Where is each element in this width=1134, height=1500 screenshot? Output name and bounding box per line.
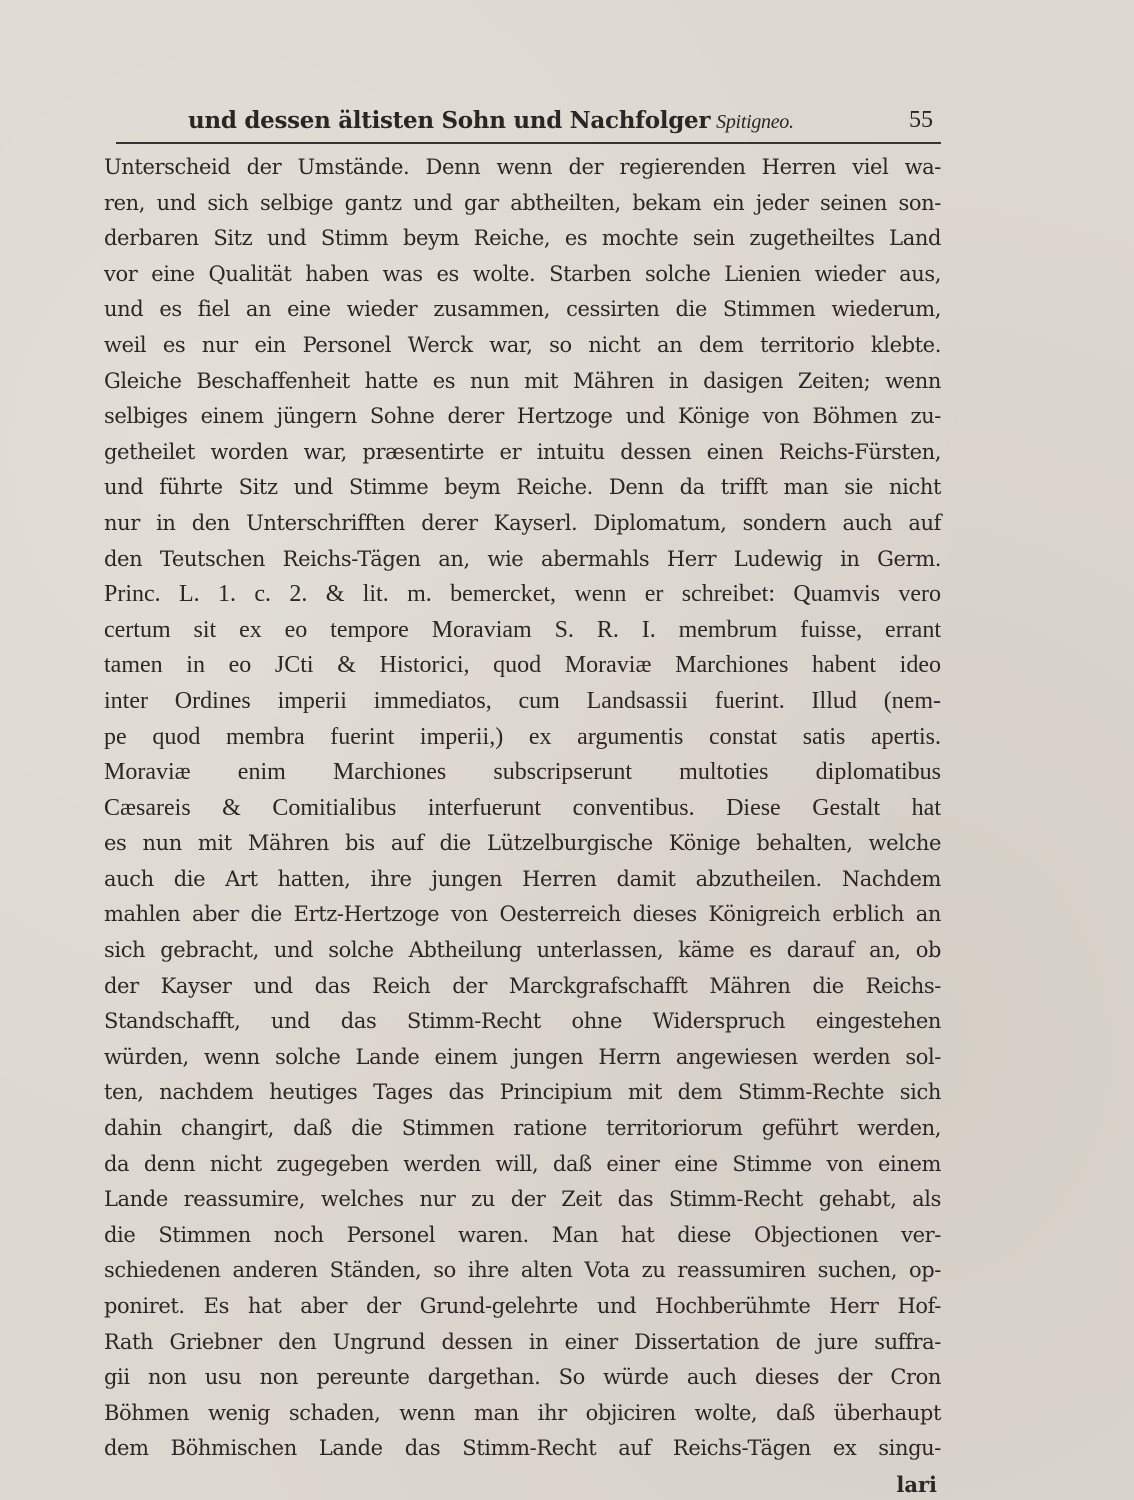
text-line: der Kayser und das Reich der Marckgrafsc… bbox=[104, 969, 941, 1005]
text-line: gii non usu non pereunte dargethan. So w… bbox=[104, 1360, 941, 1396]
text-line: getheilet worden war, præsentirte er int… bbox=[104, 435, 941, 471]
catchword: lari bbox=[104, 1467, 941, 1500]
text-line: nur in den Unterschrifften derer Kayserl… bbox=[104, 506, 941, 542]
body-text: Unterscheid der Umstände. Denn wenn der … bbox=[96, 150, 941, 1500]
running-title-german: und dessen ältisten Sohn und Nachfolger bbox=[188, 107, 710, 134]
running-head: und dessen ältisten Sohn und NachfolgerS… bbox=[96, 90, 941, 134]
text-line: den Teutschen Reichs-Tägen an, wie aberm… bbox=[104, 542, 941, 578]
text-line: Gleiche Beschaffenheit hatte es nun mit … bbox=[104, 364, 941, 400]
text-line: Unterscheid der Umstände. Denn wenn der … bbox=[104, 150, 941, 186]
text-line: schiedenen anderen Ständen, so ihre alte… bbox=[104, 1253, 941, 1289]
text-line: ren, und sich selbige gantz und gar abth… bbox=[104, 186, 941, 222]
page-number: 55 bbox=[909, 107, 933, 134]
latin-quote-line: pe quod membra fuerint imperii,) ex argu… bbox=[104, 720, 941, 756]
latin-quote-line: Princ. L. 1. c. 2. & lit. m. bemercket, … bbox=[104, 577, 941, 613]
latin-quote-line: certum sit ex eo tempore Moraviam S. R. … bbox=[104, 613, 941, 649]
text-line: dem Böhmischen Lande das Stimm-Recht auf… bbox=[104, 1431, 941, 1467]
text-line: Standschafft, und das Stimm-Recht ohne W… bbox=[104, 1004, 941, 1040]
text-line: ten, nachdem heutiges Tages das Principi… bbox=[104, 1075, 941, 1111]
text-line: auch die Art hatten, ihre jungen Herren … bbox=[104, 862, 941, 898]
latin-quote-line: Moraviæ enim Marchiones subscripserunt m… bbox=[104, 755, 941, 791]
text-line: dahin changirt, daß die Stimmen ratione … bbox=[104, 1111, 941, 1147]
text-line: es nun mit Mähren bis auf die Lützelburg… bbox=[104, 826, 941, 862]
text-line: und es fiel an eine wieder zusammen, ces… bbox=[104, 292, 941, 328]
latin-quote-line: Cæsareis & Comitialibus interfuerunt con… bbox=[104, 791, 941, 827]
text-line: vor eine Qualität haben was es wolte. St… bbox=[104, 257, 941, 293]
running-title: und dessen ältisten Sohn und NachfolgerS… bbox=[188, 107, 794, 134]
text-line: mahlen aber die Ertz-Hertzoge von Oester… bbox=[104, 897, 941, 933]
text-line: sich gebracht, und solche Abtheilung unt… bbox=[104, 933, 941, 969]
header-rule bbox=[116, 142, 941, 144]
text-line: da denn nicht zugegeben werden will, daß… bbox=[104, 1147, 941, 1183]
text-line: Böhmen wenig schaden, wenn man ihr objic… bbox=[104, 1396, 941, 1432]
text-line: poniret. Es hat aber der Grund-gelehrte … bbox=[104, 1289, 941, 1325]
text-line: weil es nur ein Personel Werck war, so n… bbox=[104, 328, 941, 364]
text-line: selbiges einem jüngern Sohne derer Hertz… bbox=[104, 399, 941, 435]
text-line: und führte Sitz und Stimme beym Reiche. … bbox=[104, 470, 941, 506]
latin-quote-line: tamen in eo JCti & Historici, quod Morav… bbox=[104, 648, 941, 684]
running-title-latin: Spitigneo. bbox=[716, 111, 794, 133]
text-line: derbaren Sitz und Stimm beym Reiche, es … bbox=[104, 221, 941, 257]
text-line: Rath Griebner den Ungrund dessen in eine… bbox=[104, 1325, 941, 1361]
book-page: und dessen ältisten Sohn und NachfolgerS… bbox=[96, 90, 941, 1500]
latin-quote-line: inter Ordines imperii immediatos, cum La… bbox=[104, 684, 941, 720]
text-line: würden, wenn solche Lande einem jungen H… bbox=[104, 1040, 941, 1076]
text-line: Lande reassumire, welches nur zu der Zei… bbox=[104, 1182, 941, 1218]
text-line: die Stimmen noch Personel waren. Man hat… bbox=[104, 1218, 941, 1254]
